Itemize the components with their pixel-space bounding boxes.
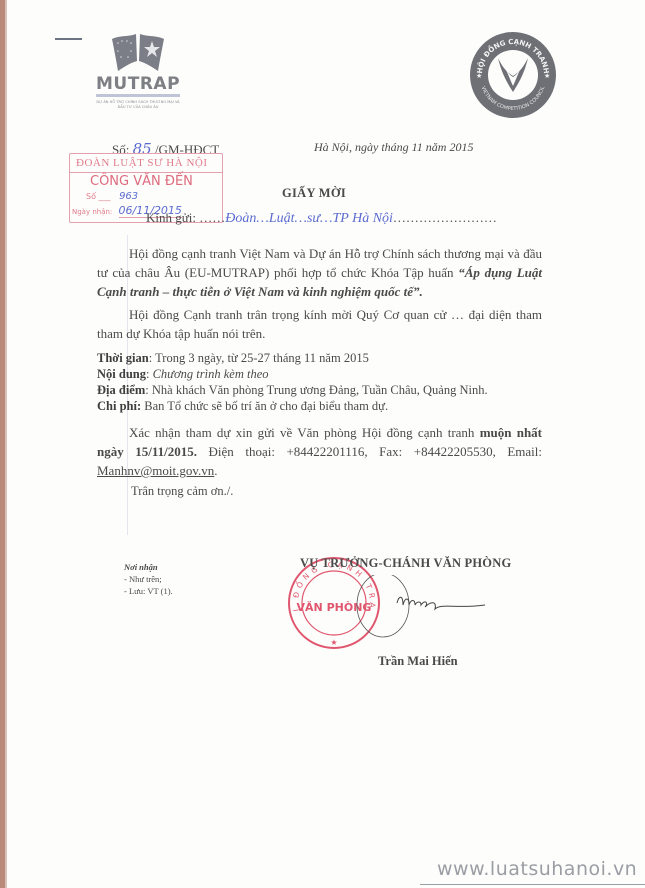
detail-sep: : [145,383,152,397]
recipient-item: - Như trên; [124,573,173,585]
contact-info: Điện thoại: +84422201116, Fax: +84422205… [197,444,542,459]
scan-mark [55,38,82,40]
received-number-value: 963 [119,191,138,202]
received-stamp-org: ĐOÀN LUẬT SƯ HÀ NỘI [76,157,208,169]
detail-content: Nội dung: Chương trình kèm theo [97,366,488,382]
detail-label: Địa điểm [97,383,145,397]
website-watermark: www.luatsuhanoi.vn [437,858,637,880]
event-details: Thời gian: Trong 3 ngày, từ 25-27 tháng … [97,350,488,414]
scan-edge-shadow [5,0,7,888]
addressee-line: Kính gửi: ……Đoàn…Luật…sư…TP Hà Nội………………… [146,210,497,227]
addressee-handwritten: Đoàn…Luật…sư…TP Hà Nội [225,211,393,226]
received-date-label: Ngày nhận: [72,208,112,216]
signer-title: VỤ TRƯỞNG-CHÁNH VĂN PHÒNG [300,556,511,571]
svg-text:★: ★ [476,72,482,80]
flags-icon [110,33,166,71]
document-title: GIẤY MỜI [282,186,346,201]
signature [355,575,495,645]
detail-value: Chương trình kèm theo [153,367,269,381]
received-number-label: Số ___ [86,192,111,201]
detail-time: Thời gian: Trong 3 ngày, từ 25-27 tháng … [97,350,488,366]
received-stamp-number: Số ___ 963 [86,191,138,202]
addressee-label: Kính gửi: …… [146,210,225,225]
recipient-item: - Lưu: VT (1). [124,585,173,597]
mutrap-name: MUTRAP [96,74,180,94]
place-date: Hà Nội, ngày tháng 11 năm 2015 [314,140,473,155]
recipients: Nơi nhận - Như trên; - Lưu: VT (1). [124,561,173,597]
received-stamp-title: CÔNG VĂN ĐẾN [90,174,193,189]
svg-text:★: ★ [544,72,550,80]
paragraph-confirmation: Xác nhận tham dự xin gửi về Văn phòng Hộ… [97,423,542,480]
confirm-end: . [214,463,217,478]
competition-council-seal: HỘI ĐỒNG CẠNH TRANH VIETNAM COMPETITION … [468,30,558,120]
email-link[interactable]: Manhnv@moit.gov.vn [97,463,214,478]
closing: Trân trọng cảm ơn./. [131,484,233,499]
detail-value: Ban Tổ chức sẽ bố trí ăn ở cho đại biểu … [144,399,388,413]
detail-cost: Chi phí: Ban Tổ chức sẽ bố trí ăn ở cho … [97,398,488,414]
footer-rule [420,884,645,885]
mutrap-bar [96,94,180,97]
detail-sep: : [146,367,153,381]
addressee-dots: …………………… [393,210,497,225]
confirm-text: Xác nhận tham dự xin gửi về Văn phòng Hộ… [129,425,480,440]
mutrap-logo: MUTRAP DỰ ÁN HỖ TRỢ CHÍNH SÁCH THƯƠNG MẠ… [92,30,182,120]
recipients-heading: Nơi nhận [124,561,173,573]
detail-location: Địa điểm: Nhà khách Văn phòng Trung ương… [97,382,488,398]
signer-name: Trần Mai Hiến [378,654,458,669]
mutrap-subtitle: DỰ ÁN HỖ TRỢ CHÍNH SÁCH THƯƠNG MẠI VÀ ĐẦ… [94,100,182,110]
paragraph-invitation: Hội đồng Cạnh tranh trân trọng kính mời … [97,305,542,343]
detail-label: Nội dung [97,367,146,381]
detail-label: Chi phí: [97,399,141,413]
received-stamp-divider [70,172,222,173]
detail-value: Trong 3 ngày, từ 25-27 tháng 11 năm 2015 [155,351,369,365]
detail-value: Nhà khách Văn phòng Trung ương Đảng, Tuầ… [152,383,488,397]
paragraph-intro: Hội đồng cạnh tranh Việt Nam và Dự án Hỗ… [97,244,542,301]
detail-label: Thời gian [97,351,149,365]
svg-text:★: ★ [330,638,337,647]
